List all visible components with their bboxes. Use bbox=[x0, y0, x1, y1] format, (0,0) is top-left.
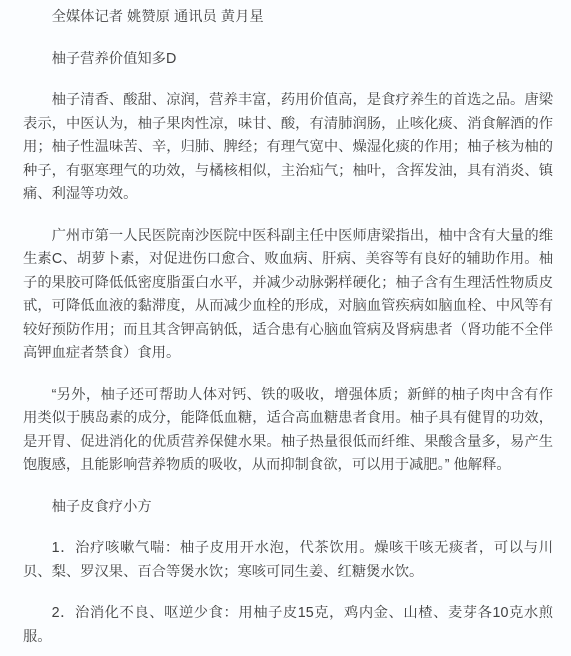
paragraph-benefits: 广州市第一人民医院南沙医院中医科副主任中医师唐梁指出，柚中含有大量的维生素C、胡… bbox=[23, 225, 553, 366]
section-heading-nutrition: 柚子营养价值知多D bbox=[23, 48, 553, 72]
paragraph-doctor-quote: “另外，柚子还可帮助人体对钙、铁的吸收，增强体质；新鲜的柚子肉中含有作用类似于胰… bbox=[23, 384, 553, 478]
section-heading-remedies: 柚子皮食疗小方 bbox=[23, 496, 553, 520]
paragraph-overview: 柚子清香、酸甜、凉润，营养丰富，药用价值高，是食疗养生的首选之品。唐梁表示，中医… bbox=[23, 89, 553, 207]
byline: 全媒体记者 姚赞原 通讯员 黄月星 bbox=[23, 6, 553, 30]
remedy-item-2: 2．治消化不良、呕逆少食：用柚子皮15克，鸡内金、山楂、麦芽各10克水煎服。 bbox=[23, 602, 553, 649]
remedy-item-1: 1．治疗咳嗽气喘：柚子皮用开水泡，代茶饮用。燥咳干咳无痰者，可以与川贝、梨、罗汉… bbox=[23, 537, 553, 584]
article-body: 全媒体记者 姚赞原 通讯员 黄月星 柚子营养价值知多D 柚子清香、酸甜、凉润，营… bbox=[0, 0, 571, 649]
